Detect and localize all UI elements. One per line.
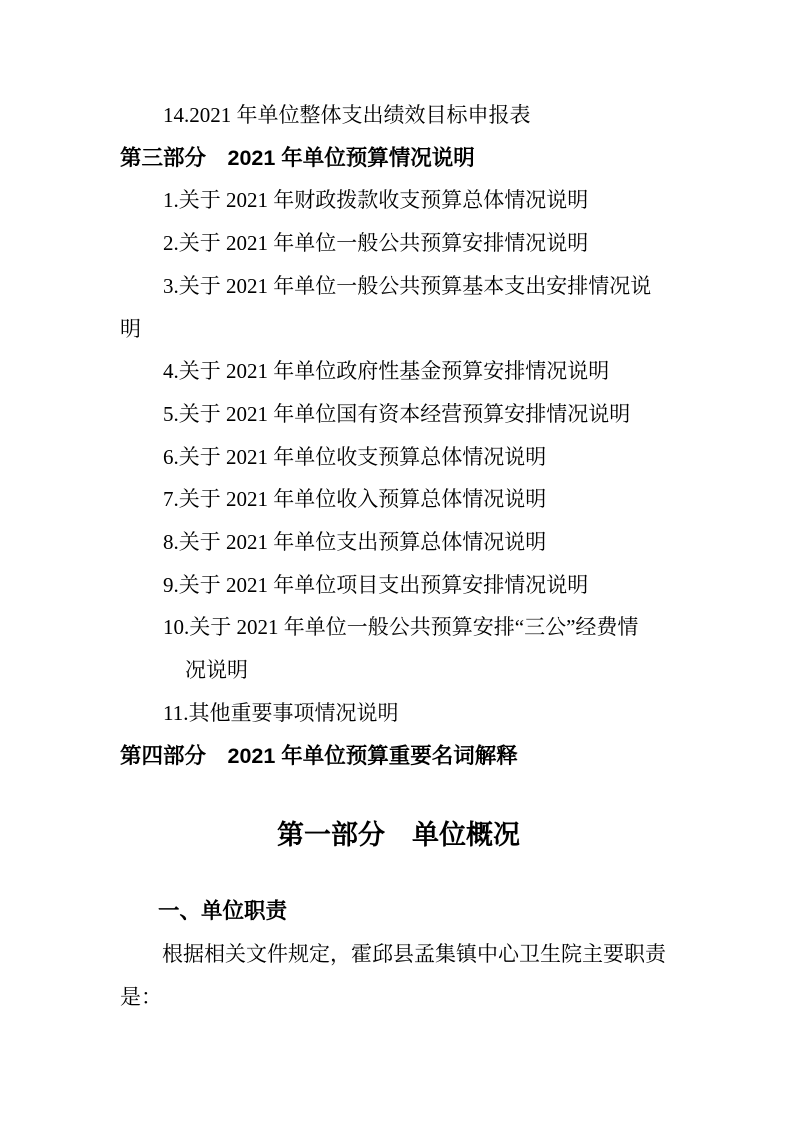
toc-part3-item-7: 7.关于 2021 年单位收入预算总体情况说明 [120, 478, 677, 521]
toc-part3-heading: 第三部分 2021 年单位预算情况说明 [120, 137, 677, 180]
toc-part3-item-6: 6.关于 2021 年单位收支预算总体情况说明 [120, 436, 677, 479]
section-one-body-line-1: 根据相关文件规定，霍邱县孟集镇中心卫生院主要职责 [120, 933, 677, 976]
toc-part3-item-3-continuation: 明 [120, 308, 677, 351]
toc-part4-heading: 第四部分 2021 年单位预算重要名词解释 [120, 735, 677, 778]
toc-part3-item-9: 9.关于 2021 年单位项目支出预算安排情况说明 [120, 564, 677, 607]
toc-part3-item-4: 4.关于 2021 年单位政府性基金预算安排情况说明 [120, 350, 677, 393]
toc-item-14: 14.2021 年单位整体支出绩效目标申报表 [120, 94, 677, 137]
toc-part3-item-5: 5.关于 2021 年单位国有资本经营预算安排情况说明 [120, 393, 677, 436]
toc-part3-item-10-continuation: 况说明 [120, 649, 677, 692]
section-one-body-line-2: 是： [120, 976, 677, 1019]
section-one-subheading: 一、单位职责 [120, 890, 677, 933]
toc-part3-item-3: 3.关于 2021 年单位一般公共预算基本支出安排情况说 [120, 265, 677, 308]
toc-part3-item-8: 8.关于 2021 年单位支出预算总体情况说明 [120, 521, 677, 564]
document-page: 14.2021 年单位整体支出绩效目标申报表 第三部分 2021 年单位预算情况… [0, 0, 793, 1122]
toc-part3-item-1: 1.关于 2021 年财政拨款收支预算总体情况说明 [120, 179, 677, 222]
section-one-title: 第一部分 单位概况 [120, 814, 677, 857]
toc-part3-item-10: 10.关于 2021 年单位一般公共预算安排“三公”经费情 [120, 606, 677, 649]
toc-part3-item-11: 11.其他重要事项情况说明 [120, 692, 677, 735]
page-content: 14.2021 年单位整体支出绩效目标申报表 第三部分 2021 年单位预算情况… [0, 0, 793, 1018]
toc-part3-item-2: 2.关于 2021 年单位一般公共预算安排情况说明 [120, 222, 677, 265]
